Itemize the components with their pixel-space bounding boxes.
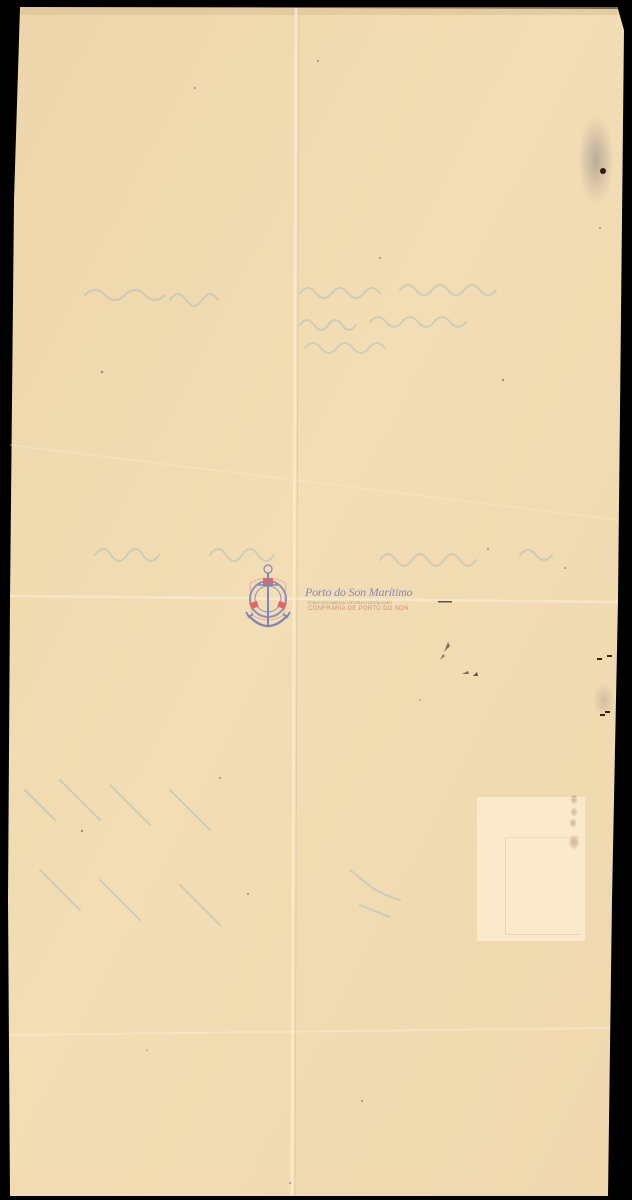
watermark-title: Porto do Son Marítimo <box>305 585 412 600</box>
faded-stamp <box>477 797 585 941</box>
anchor-lifebuoy-icon <box>242 563 302 635</box>
archive-watermark: Porto do Son Marítimo FONDO DOCUMENTAL H… <box>242 563 402 635</box>
watermark-subtitle: FONDO DOCUMENTAL HISTÓRICO DIXITALIZADO <box>308 601 392 605</box>
document-page: Porto do Son Marítimo FONDO DOCUMENTAL H… <box>0 0 632 1200</box>
watermark-organization: CONFRARÍA DE PORTO DO SON <box>308 606 409 612</box>
stamp-border <box>505 837 580 935</box>
